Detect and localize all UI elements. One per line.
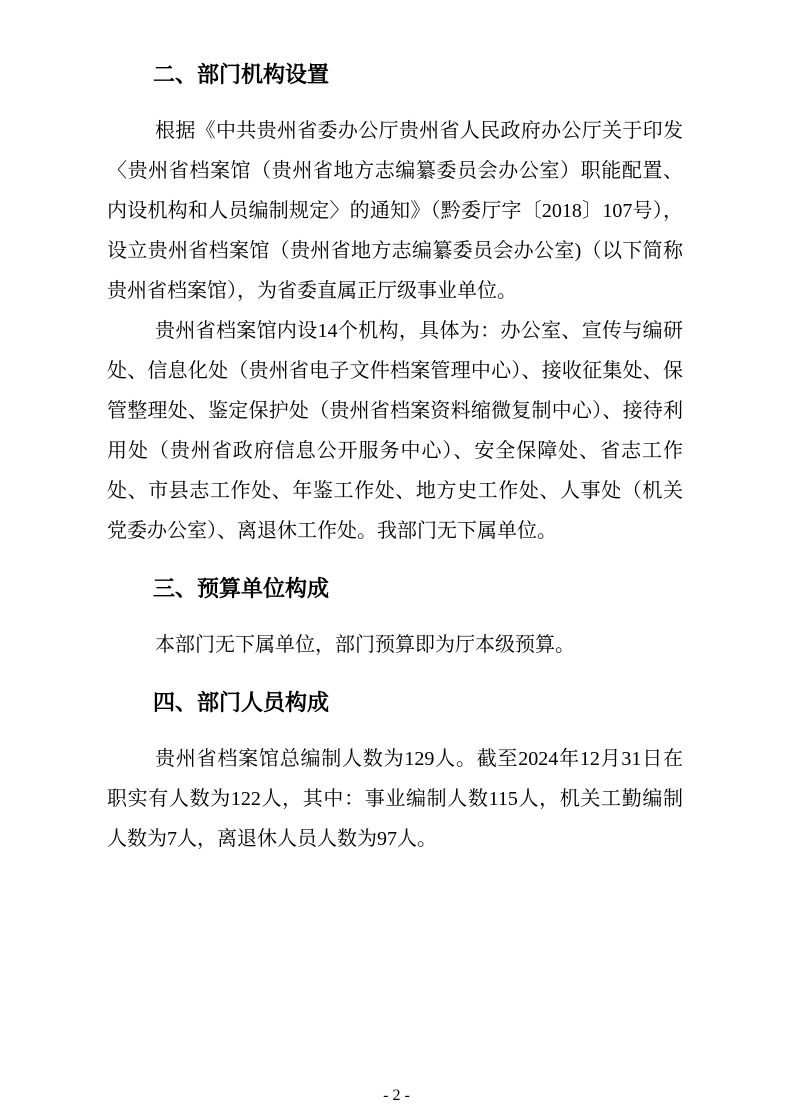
paragraph-personnel-counts: 贵州省档案馆总编制人数为129人。截至2024年12月31日在职实有人数为122… bbox=[107, 739, 683, 859]
section-budget-units: 三、预算单位构成 本部门无下属单位，部门预算即为厅本级预算。 bbox=[107, 569, 683, 665]
section-org-structure: 二、部门机构设置 根据《中共贵州省委办公厅贵州省人民政府办公厅关于印发〈贵州省档… bbox=[107, 55, 683, 551]
section-heading-budget-units: 三、预算单位构成 bbox=[153, 569, 683, 609]
section-heading-org-structure: 二、部门机构设置 bbox=[153, 55, 683, 95]
paragraph-org-basis: 根据《中共贵州省委办公厅贵州省人民政府办公厅关于印发〈贵州省档案馆（贵州省地方志… bbox=[107, 111, 683, 311]
document-page: 二、部门机构设置 根据《中共贵州省委办公厅贵州省人民政府办公厅关于印发〈贵州省档… bbox=[0, 0, 793, 1118]
page-number: - 2 - bbox=[0, 1087, 793, 1105]
paragraph-budget-units: 本部门无下属单位，部门预算即为厅本级预算。 bbox=[107, 625, 683, 665]
paragraph-internal-departments: 贵州省档案馆内设14个机构，具体为：办公室、宣传与编研处、信息化处（贵州省电子文… bbox=[107, 311, 683, 551]
section-heading-personnel: 四、部门人员构成 bbox=[153, 683, 683, 723]
section-personnel: 四、部门人员构成 贵州省档案馆总编制人数为129人。截至2024年12月31日在… bbox=[107, 683, 683, 859]
